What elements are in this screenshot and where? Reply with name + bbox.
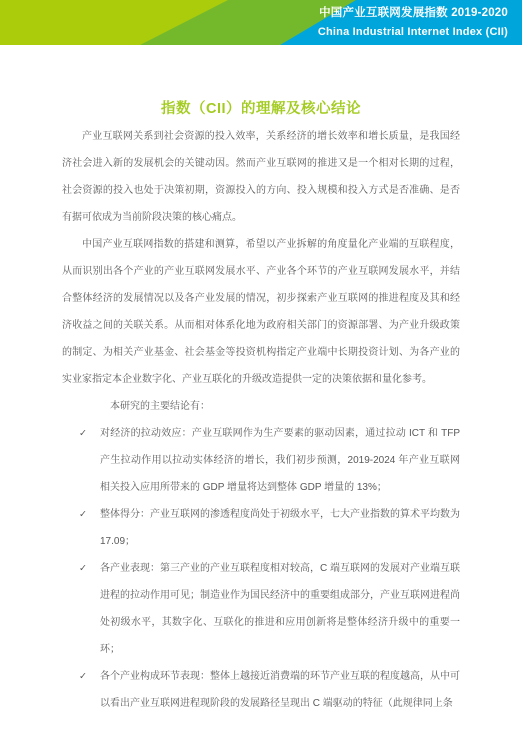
conclusions-list: ✓ 对经济的拉动效应：产业互联网作为生产要素的驱动因素，通过拉动 ICT 和 T… [62,420,460,717]
list-item-text: 整体得分：产业互联网的渗透程度尚处于初级水平，七大产业指数的算术平均数为 17.… [100,509,460,547]
check-icon: ✓ [79,555,87,582]
conclusions-lead-in: 本研究的主要结论有： [62,393,460,420]
list-item: ✓ 各产业表现：第三产业的产业互联程度相对较高，C 端互联网的发展对产业端互联进… [62,555,460,663]
check-icon: ✓ [79,663,87,690]
page-title: 指数（CII）的理解及核心结论 [62,96,460,123]
document-body: 指数（CII）的理解及核心结论 产业互联网关系到社会资源的投入效率，关系经济的增… [0,96,522,717]
header-titles: 中国产业互联网发展指数 2019-2020 China Industrial I… [318,3,508,42]
list-item: ✓ 整体得分：产业互联网的渗透程度尚处于初级水平，七大产业指数的算术平均数为 1… [62,501,460,555]
list-item: ✓ 各个产业构成环节表现：整体上越接近消费端的环节产业互联的程度越高，从中可以看… [62,663,460,717]
report-title-en: China Industrial Internet Index (CII) [318,23,508,42]
paragraph-index-purpose: 中国产业互联网指数的搭建和测算，希望以产业拆解的角度量化产业端的互联程度，从而识… [62,231,460,393]
check-icon: ✓ [79,501,87,528]
page-header-banner: 中国产业互联网发展指数 2019-2020 China Industrial I… [0,0,522,45]
list-item-text: 各个产业构成环节表现：整体上越接近消费端的环节产业互联的程度越高，从中可以看出产… [100,671,460,709]
report-title-zh: 中国产业互联网发展指数 2019-2020 [318,3,508,23]
list-item-text: 对经济的拉动效应：产业互联网作为生产要素的驱动因素，通过拉动 ICT 和 TFP… [100,428,460,493]
list-item: ✓ 对经济的拉动效应：产业互联网作为生产要素的驱动因素，通过拉动 ICT 和 T… [62,420,460,501]
check-icon: ✓ [79,420,87,447]
paragraph-intro: 产业互联网关系到社会资源的投入效率，关系经济的增长效率和增长质量，是我国经济社会… [62,123,460,231]
report-page: 中国产业互联网发展指数 2019-2020 China Industrial I… [0,0,522,740]
list-item-text: 各产业表现：第三产业的产业互联程度相对较高，C 端互联网的发展对产业端互联进程的… [100,563,460,655]
